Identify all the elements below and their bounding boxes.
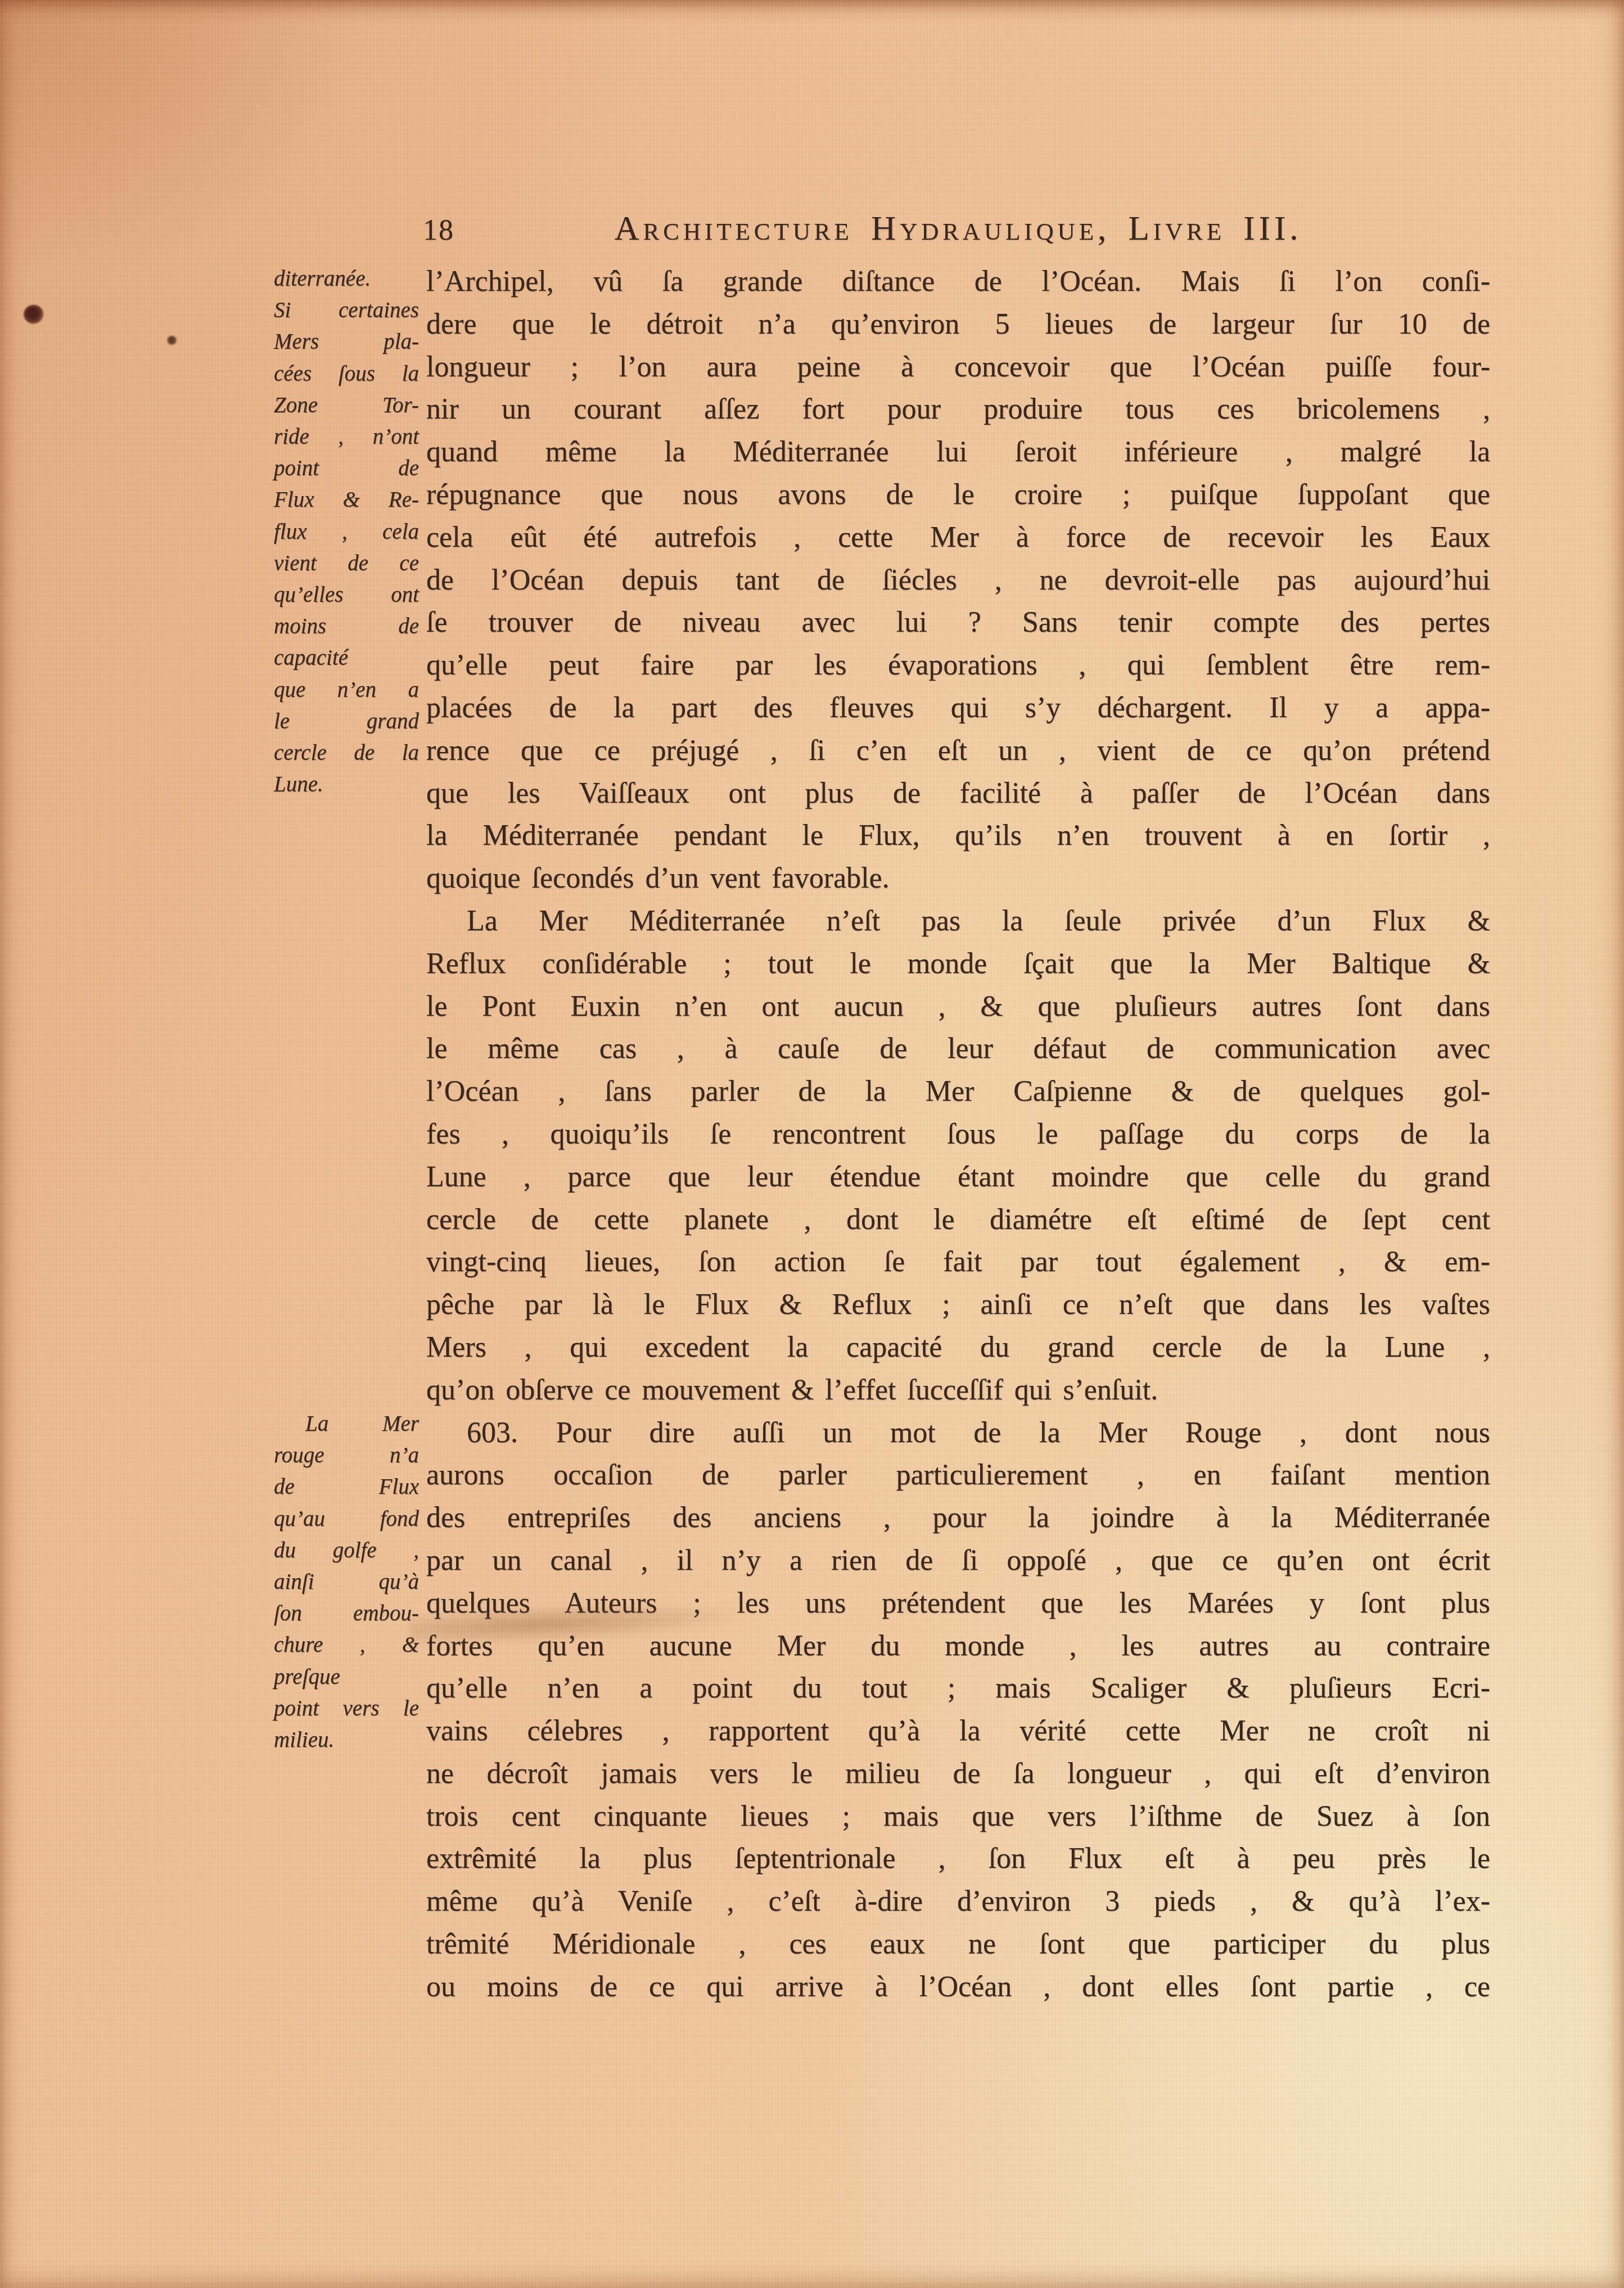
ink-spot-large (24, 305, 44, 324)
body-line: de l’Océan depuis tant de ſiécles , ne d… (426, 559, 1490, 602)
margin-note-line: ride , n’ont (274, 421, 419, 453)
body-line: que les Vaiſſeaux ont plus de facilité à… (426, 772, 1490, 815)
body-line: des entrepriſes des anciens , pour la jo… (426, 1497, 1490, 1539)
margin-note-line: point de (274, 453, 419, 484)
body-line: le Pont Euxin n’en ont aucun , & que plu… (426, 985, 1490, 1028)
body-line: cercle de cette planete , dont le diamét… (426, 1199, 1490, 1241)
body-text: l’Archipel, vû ſa grande diſtance de l’O… (426, 260, 1490, 2008)
body-line: l’Océan , ſans parler de la Mer Caſpienn… (426, 1070, 1490, 1113)
body-line: ne décroît jamais vers le milieu de ſa l… (426, 1753, 1490, 1795)
paragraph-2: La Mer Méditerranée n’eſt pas la ſeule p… (426, 900, 1490, 1412)
body-line: La Mer Méditerranée n’eſt pas la ſeule p… (426, 900, 1490, 943)
body-line: pêche par là le Flux & Reflux ; ainſi ce… (426, 1283, 1490, 1326)
margin-note-line: que n’en a (274, 674, 419, 706)
body-line: qu’elle peut faire par les évaporations … (426, 644, 1490, 687)
body-line: longueur ; l’on aura peine à concevoir q… (426, 346, 1490, 389)
margin-note-line: cées ſous la (274, 358, 419, 390)
body-line: vains célebres , rapportent qu’à la véri… (426, 1710, 1490, 1753)
margin-note-line: qu’elles ont (274, 579, 419, 611)
margin-note-line: capacité (274, 642, 419, 674)
margin-note-line: qu’au fond (274, 1503, 419, 1535)
margin-note-line: Lune. (274, 769, 419, 800)
running-title: Architecture Hydraulique, Livre III. (426, 209, 1490, 249)
body-line: la Méditerranée pendant le Flux, qu’ils … (426, 814, 1490, 857)
margin-note-line: milieu. (274, 1724, 419, 1756)
book-page-scan: 18 Architecture Hydraulique, Livre III. … (0, 0, 1624, 2288)
body-line: par un canal , il n’y a rien de ſi oppoſ… (426, 1539, 1490, 1582)
margin-note-line: preſque (274, 1661, 419, 1693)
margin-note-line: La Mer (274, 1408, 419, 1440)
body-line: quoique ſecondés d’un vent favorable. (426, 857, 1490, 900)
body-line: rence que ce préjugé , ſi c’en eſt un , … (426, 729, 1490, 772)
paragraph-3: 603. Pour dire auſſi un mot de la Mer Ro… (426, 1412, 1490, 2008)
body-line: vingt-cinq lieues, ſon action ſe fait pa… (426, 1241, 1490, 1283)
body-line: placées de la part des fleuves qui s’y d… (426, 687, 1490, 729)
body-line: Lune , parce que leur étendue étant moin… (426, 1156, 1490, 1199)
margin-note-line: rouge n’a (274, 1440, 419, 1471)
body-line: Mers , qui excedent la capacité du grand… (426, 1326, 1490, 1369)
margin-note-line: Mers pla- (274, 326, 419, 358)
margin-note-line: moins de (274, 611, 419, 642)
body-line: 603. Pour dire auſſi un mot de la Mer Ro… (426, 1412, 1490, 1454)
body-line: même qu’à Veniſe , c’eſt à-dire d’enviro… (426, 1880, 1490, 1923)
body-line: dere que le détroit n’a qu’environ 5 lie… (426, 303, 1490, 346)
margin-note-line: Zone Tor- (274, 390, 419, 421)
body-line: trois cent cinquante lieues ; mais que v… (426, 1795, 1490, 1838)
body-line: ſe trouver de niveau avec lui ? Sans ten… (426, 601, 1490, 644)
margin-note-2: La Merrouge n’ade Fluxqu’au fonddu golfe… (274, 1408, 419, 1756)
margin-note-line: chure , & (274, 1629, 419, 1661)
body-line: l’Archipel, vû ſa grande diſtance de l’O… (426, 260, 1490, 303)
margin-note-line: le grand (274, 706, 419, 737)
margin-note-line: point vers le (274, 1693, 419, 1724)
body-line: le même cas , à cauſe de leur défaut de … (426, 1028, 1490, 1070)
margin-note-line: ainſi qu’à (274, 1566, 419, 1598)
body-line: qu’on obſerve ce mouvement & l’effet ſuc… (426, 1369, 1490, 1412)
body-line: ou moins de ce qui arrive à l’Océan , do… (426, 1966, 1490, 2008)
body-line: nir un courant aſſez fort pour produire … (426, 388, 1490, 431)
margin-note-line: diterranée. (274, 263, 419, 295)
body-line: trêmité Méridionale , ces eaux ne ſont q… (426, 1923, 1490, 1966)
body-line: qu’elle n’en a point du tout ; mais Scal… (426, 1667, 1490, 1710)
margin-note-line: cercle de la (274, 737, 419, 769)
margin-note-line: flux , cela (274, 516, 419, 548)
body-line: extrêmité la plus ſeptentrionale , ſon F… (426, 1837, 1490, 1880)
ink-spot-small (166, 335, 177, 345)
margin-note-line: de Flux (274, 1471, 419, 1503)
paragraph-1: l’Archipel, vû ſa grande diſtance de l’O… (426, 260, 1490, 900)
body-line: Reflux conſidérable ; tout le monde ſçai… (426, 943, 1490, 985)
body-line: répugnance que nous avons de le croire ;… (426, 474, 1490, 516)
body-line: fes , quoiqu’ils ſe rencontrent ſous le … (426, 1113, 1490, 1156)
body-line: cela eût été autrefois , cette Mer à for… (426, 516, 1490, 559)
margin-note-line: du golfe , (274, 1535, 419, 1566)
margin-note-line: Si certaines (274, 295, 419, 326)
body-line: quand même la Méditerranée lui ſeroit in… (426, 431, 1490, 474)
margin-note-1: diterranée.Si certainesMers pla-cées ſou… (274, 263, 419, 800)
margin-note-line: Flux & Re- (274, 484, 419, 516)
page-header: 18 Architecture Hydraulique, Livre III. (426, 209, 1490, 254)
margin-note-line: ſon embou- (274, 1598, 419, 1629)
margin-note-line: vient de ce (274, 548, 419, 579)
body-line: aurons occaſion de parler particuliereme… (426, 1454, 1490, 1497)
